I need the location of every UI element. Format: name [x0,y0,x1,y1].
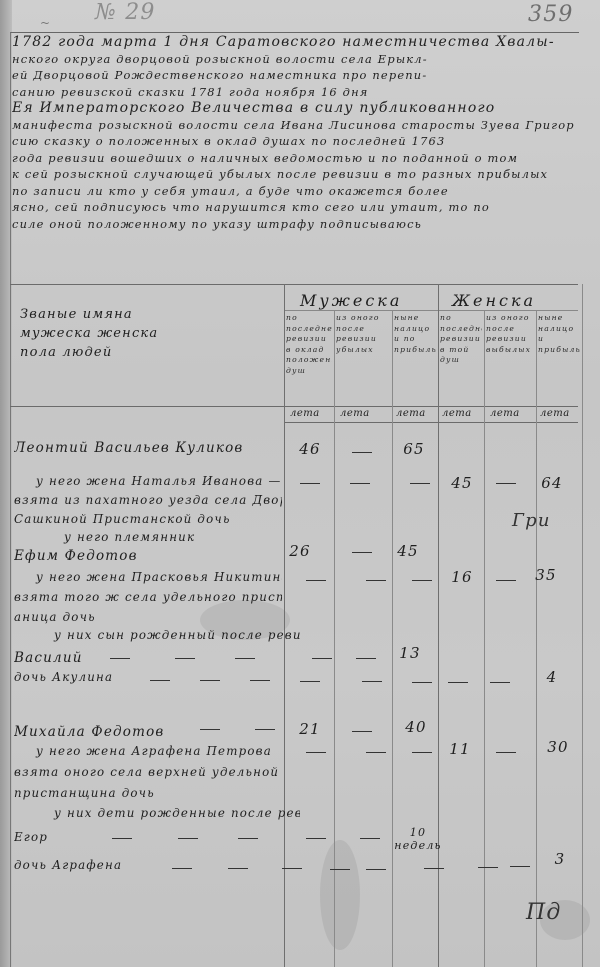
cell-dash [352,452,372,453]
cell-value: 35 [516,566,576,584]
cell-dash [496,483,516,484]
column-divider [284,284,285,967]
names-column-header: Званые имяна мужеска женска пола людей [20,305,260,362]
table-row-text: взята из пахатного уезда села Дворцовой [14,493,282,507]
table-row-text: взята того ж села удельного прист- [14,590,282,604]
cell-dash [410,483,430,484]
header-bottom-rule [10,406,578,407]
column-divider [438,284,439,967]
unit-label: лета [540,408,570,419]
cell-dash [312,658,332,659]
cell-dash [424,868,444,869]
cell-dash [306,752,326,753]
cell-value: 65 [384,440,444,458]
subheader: ныне налицо и прибылых [538,313,580,355]
cell-dash [356,658,376,659]
cell-value: 46 [280,440,340,458]
cell-dash [282,868,302,869]
cell-dash [448,682,468,683]
cell-value: 21 [280,720,340,738]
cell-dash [366,869,386,870]
table-row-name: Ефим Федотов [14,548,282,564]
table-row-text: у них дети рожденные после ревизии [14,806,300,820]
cell-dash [362,681,382,682]
margin-mark: ~ [40,16,51,30]
cell-dash [366,752,386,753]
signature-mark: Пд [526,900,562,925]
preamble-line: ясно, сей подписуюсь что нарушится кто с… [12,199,574,216]
units-bottom-rule [284,422,578,423]
margin-signature-mark: Гри [512,510,551,531]
table-row-text: взята оного села верхней удельной [14,765,282,779]
column-divider [392,310,393,967]
preamble-line: года ревизии вошедших о наличных ведомос… [12,150,574,167]
cell-value: 10 недель [388,826,448,852]
table-row-text: у него племянник [14,530,310,544]
cell-dash [300,681,320,682]
cell-dash [255,729,275,730]
unit-label: лета [396,408,426,419]
cell-dash [300,483,320,484]
cell-dash [200,729,220,730]
cell-value: 45 [378,542,438,560]
table-row-text: пристанщина дочь [14,786,282,800]
cell-dash [352,552,372,553]
subheader: из оного после ревизии убылых [336,313,390,355]
cell-value: 40 [386,718,446,736]
cell-dash [366,580,386,581]
cell-dash [306,838,326,839]
cell-value: 30 [528,738,588,756]
cell-dash [412,752,432,753]
table-row-name: Михайла Федотов [14,724,282,740]
table-row-text: у него жена Наталья Иванова — [14,474,282,488]
header-line: мужеска женска [20,324,260,343]
preamble-line: санию ревизской сказки 1781 года ноября … [12,84,574,101]
unit-label: лета [340,408,370,419]
group-header-male: Мужеска [300,291,402,310]
cell-dash [352,731,372,732]
cell-value: 13 [380,644,440,662]
preamble-line: ей Дворцовой Рождественского наместника … [12,67,574,84]
preamble-line: 1782 года марта 1 дня Саратовского намес… [12,34,574,51]
cell-dash [510,866,530,867]
table-row-name: Егор [14,830,282,844]
group-header-female: Женска [452,291,536,310]
cell-dash [150,680,170,681]
document-page: ~ № 29 359 1782 года марта 1 дня Саратов… [0,0,600,967]
table-row-name: Леонтий Васильев Куликов [14,440,282,456]
cell-dash [238,838,258,839]
preamble-line: нского округа дворцовой розыскной волост… [12,51,574,68]
cell-value: 26 [270,542,330,560]
table-top-rule [10,284,578,285]
column-divider [484,310,485,967]
table-row-text: у него жена Прасковья Никитина [14,570,282,584]
cell-value: 3 [530,850,590,868]
cell-value: 16 [432,568,492,586]
cell-value: 11 [430,740,490,758]
table-row-text: Сашкиной Пристанской дочь [14,512,282,526]
cell-dash [250,680,270,681]
cell-dash [350,483,370,484]
cell-dash [112,838,132,839]
cell-dash [228,868,248,869]
table-row-name: дочь Аграфена [14,858,282,872]
table-row-name: дочь Акулина [14,670,282,684]
cell-dash [306,580,326,581]
cell-dash [235,658,255,659]
cell-dash [175,658,195,659]
subheader: ныне налицо и по прибылым [394,313,436,355]
cell-dash [412,580,432,581]
table-row-text: у него жена Аграфена Петрова [14,744,282,758]
preamble-line: к сей розыскной случающей убылых после р… [12,166,574,183]
group-bottom-rule [284,310,578,311]
table-row-text: аница дочь [14,610,282,624]
cell-dash [200,680,220,681]
cell-dash [496,580,516,581]
cell-dash [412,682,432,683]
cell-dash [490,682,510,683]
cell-dash [110,658,130,659]
folio-number: 359 [528,2,574,27]
subheader: по последней ревизии в оклад положенных … [286,313,332,376]
preamble-line: по записи ли кто у себя утаил, а буде чт… [12,183,574,200]
unit-label: лета [290,408,320,419]
cell-dash [360,838,380,839]
preamble-line: силе оной положенному по указу штрафу по… [12,216,574,233]
cell-dash [496,752,516,753]
cell-value: 64 [522,474,582,492]
table-row-text: у них сын рожденный после ревизии [14,628,300,642]
subheader: из оного после ревизии выбылых [486,313,534,355]
preamble-text: 1782 года марта 1 дня Саратовского намес… [12,34,574,232]
subheader: по последней ревизии в той душ [440,313,482,366]
unit-label: лета [490,408,520,419]
cell-dash [172,868,192,869]
cell-dash [178,838,198,839]
cell-dash [330,869,350,870]
header-line: пола людей [20,343,260,362]
header-line: Званые имяна [20,305,260,324]
cell-dash [478,867,498,868]
unit-label: лета [442,408,472,419]
column-divider [536,310,537,967]
preamble-line: Ея Императорского Величества в силу публ… [12,100,574,117]
preamble-line: сию сказку о положенных в оклад душах по… [12,133,574,150]
cell-value: 45 [432,474,492,492]
cell-value: 4 [522,668,582,686]
archive-number: № 29 [95,0,156,25]
preamble-line: манифеста розыскной волости села Ивана Л… [12,117,574,134]
